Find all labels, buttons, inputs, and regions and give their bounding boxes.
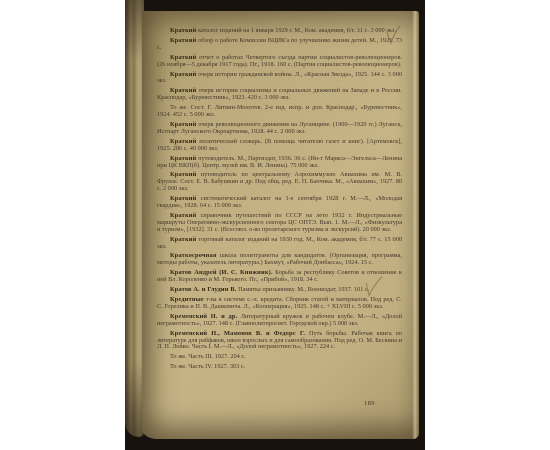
bibliography-entry: Краткосрочная школа политграмоты для кан… [157,253,402,267]
entry-text: каталог изданий на 1 января 1929 г. М., … [196,27,396,34]
entry-lead: Краткий [170,27,196,34]
bibliography-entry: Краткий очерк истории гражданской войны.… [157,72,402,86]
bibliography-entry: Краткий путеводитель. М., Партиздат, 193… [157,156,402,170]
bibliography-entry: Краткий отчет о работах Четвертого съезд… [157,55,402,69]
book-page: Краткий каталог изданий на 1 января 1929… [142,11,419,439]
entry-lead: Краткий [170,236,196,243]
bibliography-entry: Краткий справочник путешествий по СССР н… [157,213,402,234]
bibliography-entry: Кредитные т-ва в системе с.-х. кредита. … [157,297,402,311]
entry-text: То же. Часть IV. 1927. 303 с. [170,363,245,370]
bibliography-entry: Краткий очерк революционного движения на… [157,122,402,136]
bibliography-entry: То же. Часть III. 1927. 204 с. [157,354,402,361]
entry-lead: Краткий [170,71,196,78]
bibliography-entry: Краткий каталог изданий на 1 января 1929… [157,28,402,35]
page-fore-edge [412,11,419,439]
bibliography-entry: Краткий очерк истории социализма и социа… [157,88,402,102]
bibliography-entry: То же. Сост. Г. Литвин-Молотов. 2-е изд.… [157,105,402,119]
pencil-checkmark-icon [385,25,401,45]
entry-text: То же. Сост. Г. Литвин-Молотов. 2-е изд.… [157,104,402,118]
bibliography-entry: Краткий обзор о работе Комиссии ВЦИК'а п… [157,38,402,52]
bibliography-entry: Краткий систематический каталог на 1-е с… [157,196,402,210]
bibliography-entry: То же. Часть IV. 1927. 303 с. [157,364,402,371]
entries-list: Краткий каталог изданий на 1 января 1929… [157,28,402,374]
pencil-checkmark-icon [362,274,384,300]
screenshot-canvas: { "page_number": "189", "colors": { "can… [0,0,550,450]
bibliography-entry: Краткий политический словарь. (В помощь … [157,139,402,153]
entry-lead: Краткий [170,37,196,44]
bibliography-entry: Кременский Н. и др. Литературный кружок … [157,314,402,328]
bibliography-entry: Кременский Н., Мамонов В. и Федорс Г. Пу… [157,331,402,352]
book-photo: Краткий каталог изданий на 1 января 1929… [125,0,425,450]
entry-text: Памятка призывнику. М., Воениздат, 1937.… [237,286,370,293]
entry-text: То же. Часть III. 1927. 204 с. [170,353,246,360]
bibliography-entry: Краткий путеводитель по центральному Аэр… [157,172,402,193]
bibliography-entry: Краткий торговый каталог изданий на 1930… [157,237,402,251]
page-number: 189 [364,400,375,407]
entry-lead: Кратов А. и Глудин В. [170,286,237,293]
